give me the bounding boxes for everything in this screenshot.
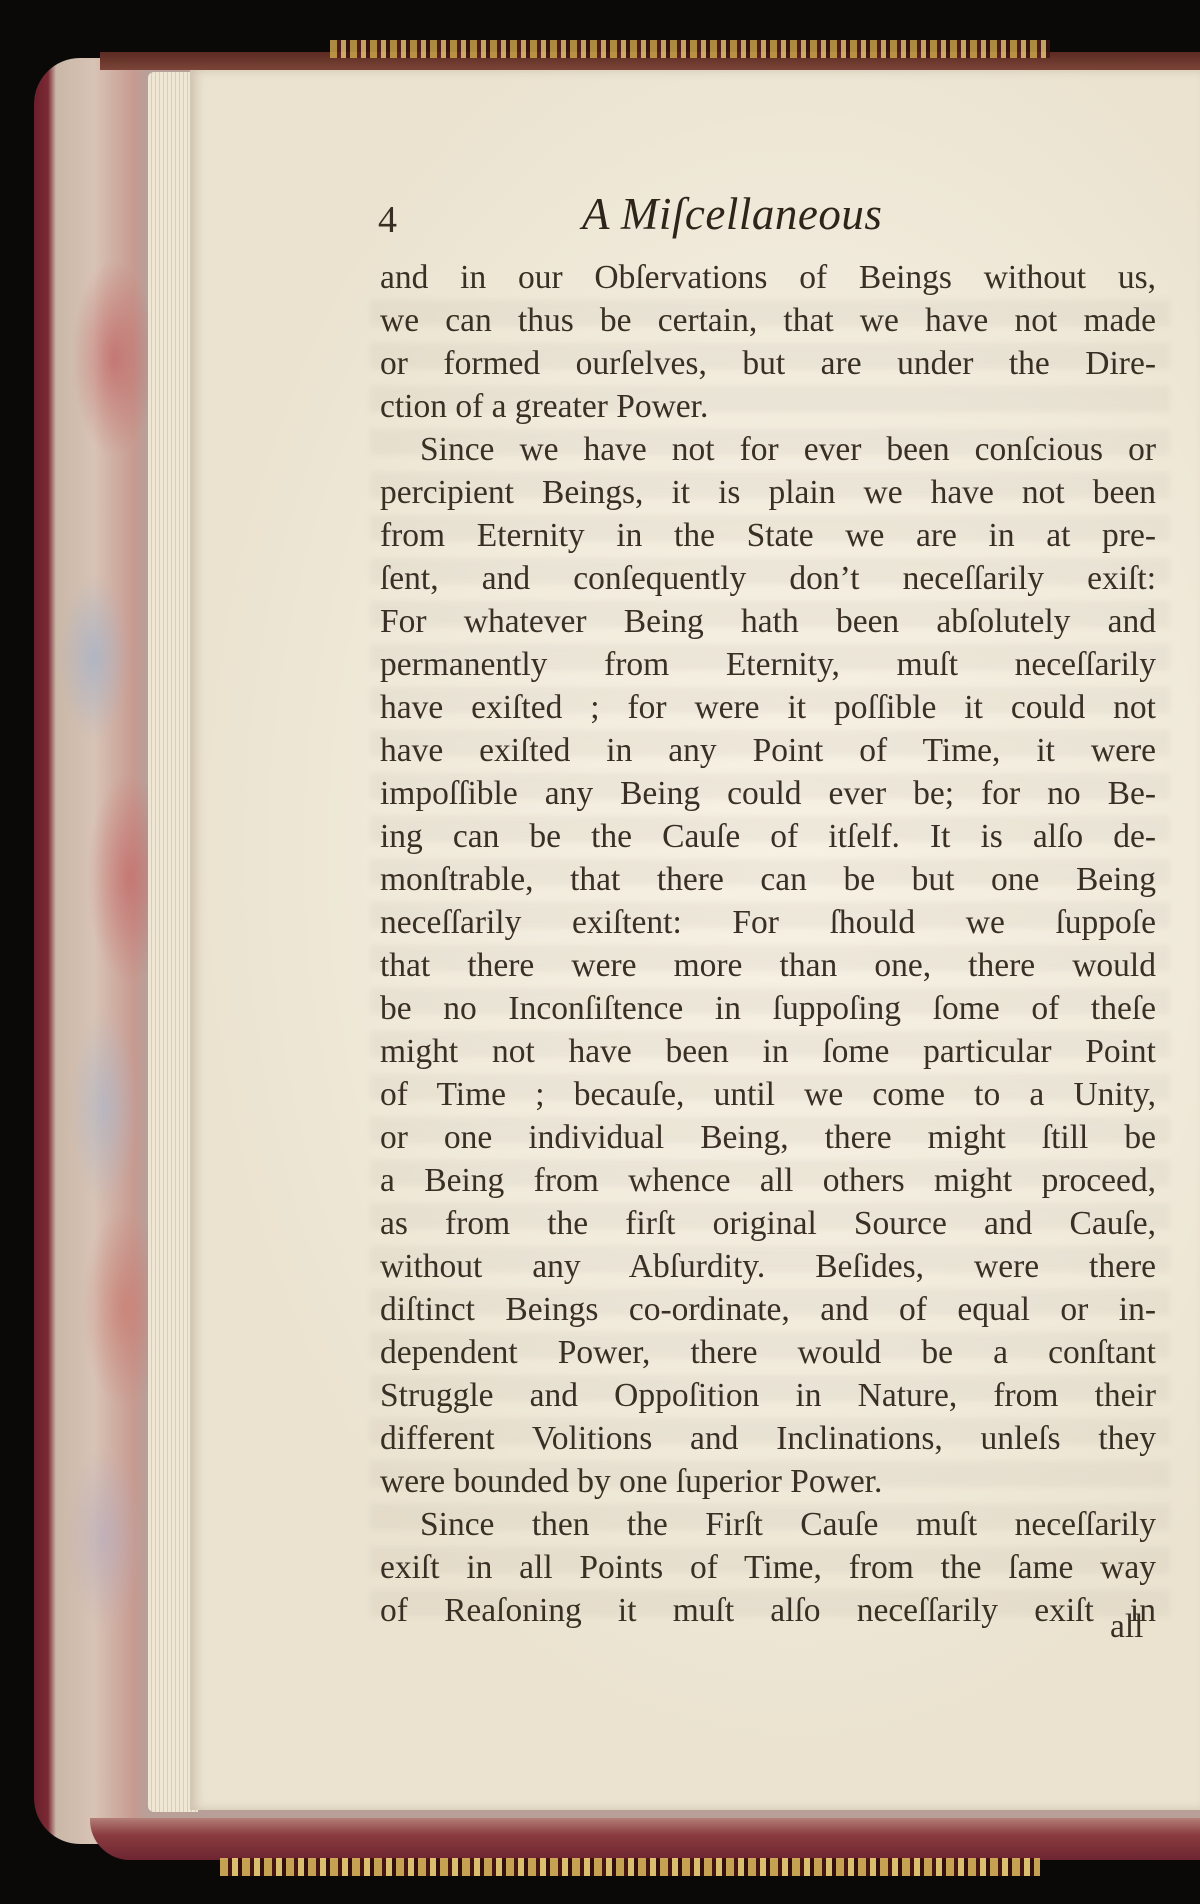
text-line: have exiſted ; for were it poſſible it c…	[380, 686, 1156, 729]
text-line: different Volitions and Inclinations, un…	[380, 1417, 1156, 1460]
running-head: 4 A Miſcellaneous	[0, 188, 1200, 248]
text-line: dependent Power, there would be a conſta…	[380, 1331, 1156, 1374]
text-line: ſent, and conſequently don’t neceſſarily…	[380, 557, 1156, 600]
text-line: or one individual Being, there might ſti…	[380, 1116, 1156, 1159]
text-line: monſtrable, that there can be but one Be…	[380, 858, 1156, 901]
text-line: ction of a greater Power.	[380, 385, 1156, 428]
text-line: be no Inconſiſtence in ſuppoſing ſome of…	[380, 987, 1156, 1030]
text-line: of Time ; becauſe, until we come to a Un…	[380, 1073, 1156, 1116]
text-line: permanently from Eternity, muſt neceſſar…	[380, 643, 1156, 686]
text-line: impoſſible any Being could ever be; for …	[380, 772, 1156, 815]
text-line: might not have been in ſome particular P…	[380, 1030, 1156, 1073]
gilt-headband-top	[330, 40, 1050, 58]
gilt-headband-bottom	[220, 1858, 1040, 1876]
text-line: without any Abſurdity. Beſides, were the…	[380, 1245, 1156, 1288]
catchword: all	[1110, 1608, 1143, 1646]
text-line: Struggle and Oppoſition in Nature, from …	[380, 1374, 1156, 1417]
text-line: percipient Beings, it is plain we have n…	[380, 471, 1156, 514]
paragraph-start-line: Since we have not for ever been conſciou…	[380, 428, 1156, 471]
text-line: as from the firſt original Source and Ca…	[380, 1202, 1156, 1245]
text-line: that there were more than one, there wou…	[380, 944, 1156, 987]
text-line: of Reaſoning it muſt alſo neceſſarily ex…	[380, 1589, 1156, 1632]
text-line: or formed ourſelves, but are under the D…	[380, 342, 1156, 385]
text-line: diſtinct Beings co-ordinate, and of equa…	[380, 1288, 1156, 1331]
body-text: and in our Obſervations of Beings withou…	[380, 256, 1156, 1632]
text-line: and in our Obſervations of Beings withou…	[380, 256, 1156, 299]
text-line: were bounded by one ſuperior Power.	[380, 1460, 1156, 1503]
page-number: 4	[378, 198, 397, 242]
text-line: exiſt in all Points of Time, from the ſa…	[380, 1546, 1156, 1589]
text-line: a Being from whence all others might pro…	[380, 1159, 1156, 1202]
text-line: from Eternity in the State we are in at …	[380, 514, 1156, 557]
text-line: For whatever Being hath been abſolutely …	[380, 600, 1156, 643]
text-line: neceſſarily exiſtent: For ſhould we ſupp…	[380, 901, 1156, 944]
book-spine-bottom	[90, 1818, 1200, 1860]
text-line: have exiſted in any Point of Time, it we…	[380, 729, 1156, 772]
running-title: A Miſcellaneous	[582, 188, 882, 240]
paragraph-start-line: Since then the Firſt Cauſe muſt neceſſar…	[380, 1503, 1156, 1546]
text-line: we can thus be certain, that we have not…	[380, 299, 1156, 342]
text-line: ing can be the Cauſe of itſelf. It is al…	[380, 815, 1156, 858]
